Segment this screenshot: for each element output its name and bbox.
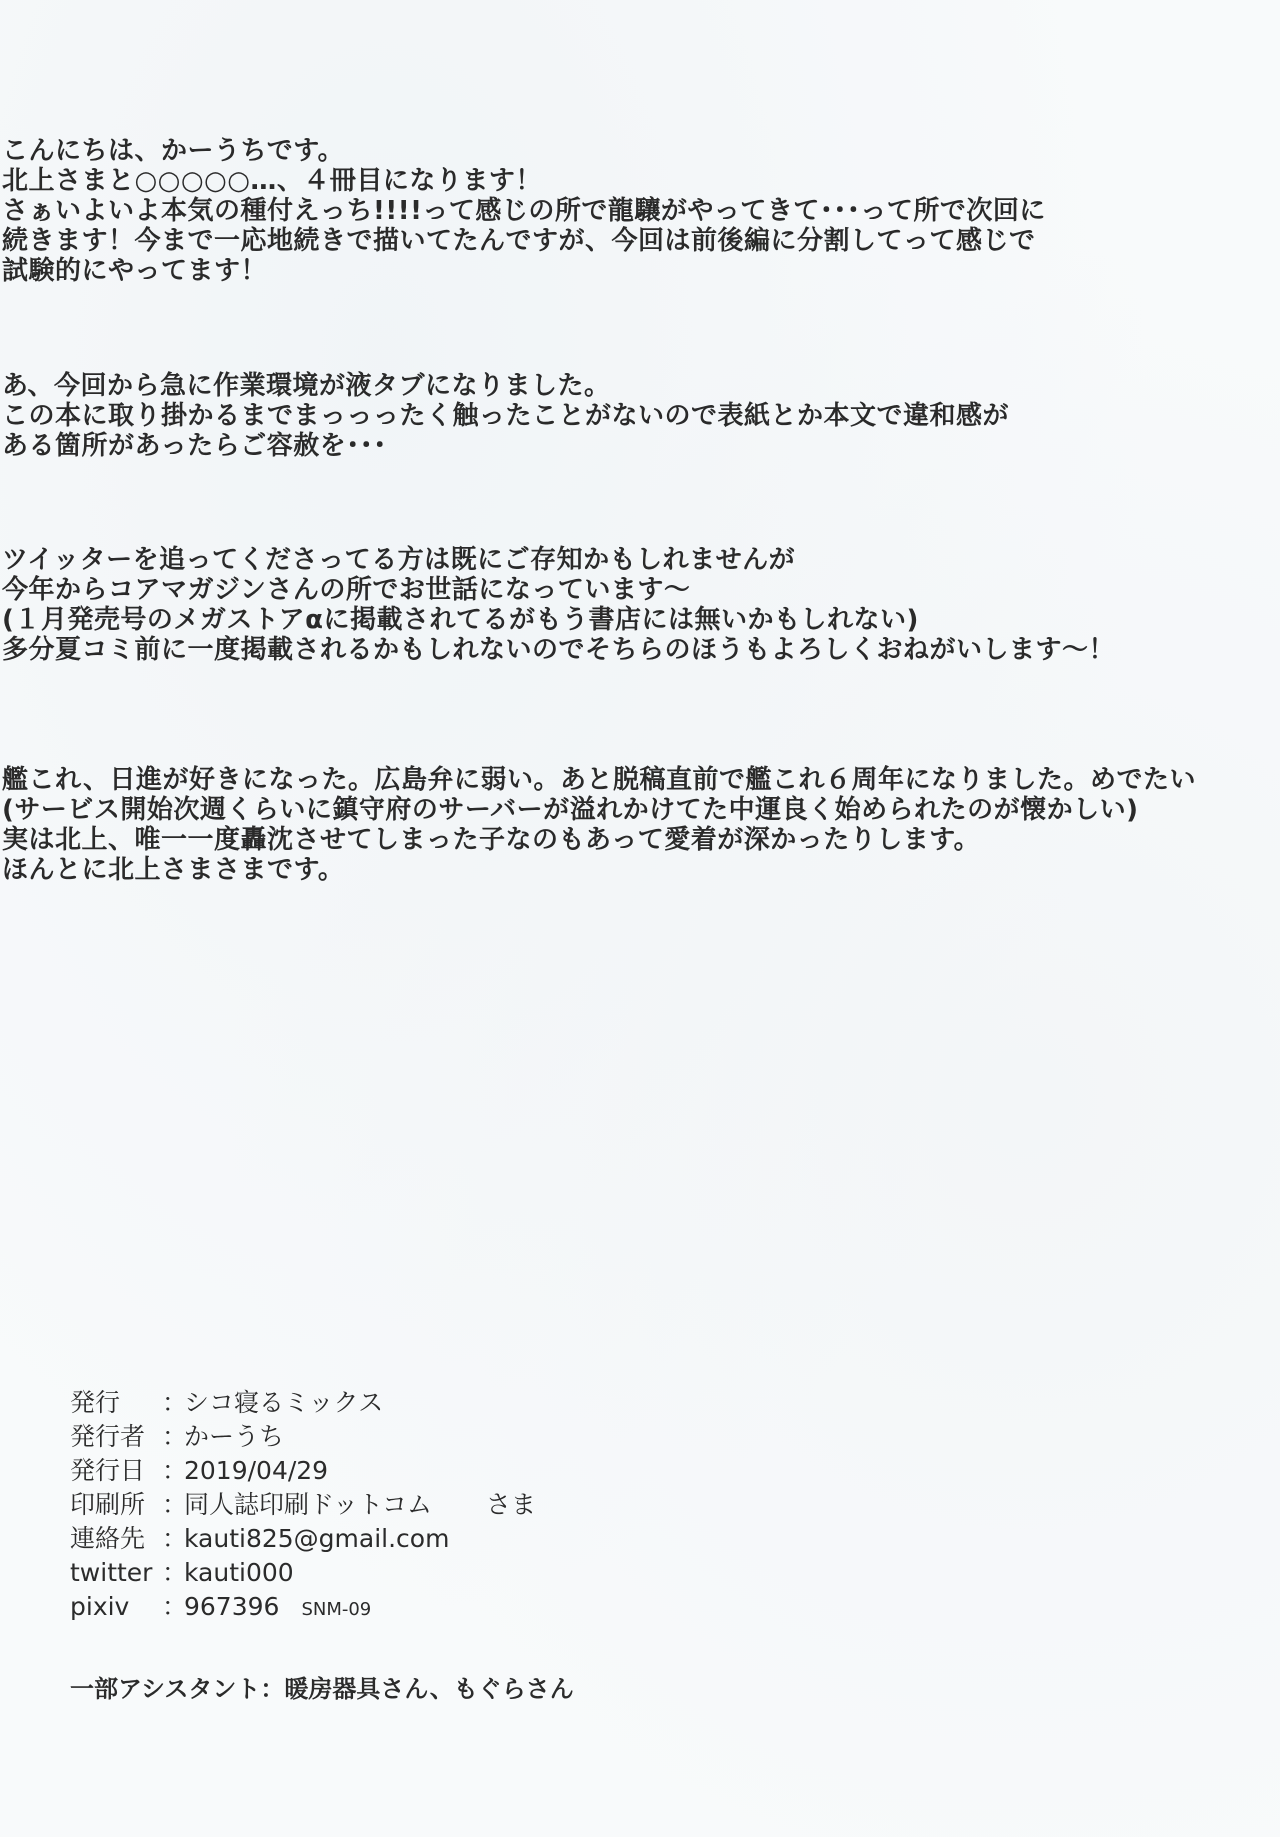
colophon-separator: ：: [162, 1454, 184, 1488]
text-line: ある箇所があったらご容赦を･･･: [2, 431, 1009, 461]
text-line: ほんとに北上さまさまです。: [2, 855, 1196, 885]
colophon-row-twitter: twitter ： kauti000: [70, 1556, 536, 1590]
text-line: 今年からコアマガジンさんの所でお世話になっています～: [2, 575, 1115, 605]
colophon-key: 発行者: [70, 1420, 162, 1454]
colophon-honorific: さま: [486, 1488, 536, 1522]
text-line: 続きます！今まで一応地続きで描いてたんですが、今回は前後編に分割してって感じで: [2, 226, 1046, 256]
colophon-value: 同人誌印刷ドットコム: [184, 1488, 432, 1522]
colophon-separator: ：: [162, 1556, 184, 1590]
text-line: 実は北上、唯一一度轟沈させてしまった子なのもあって愛着が深かったりします。: [2, 825, 1196, 855]
colophon-separator: ：: [162, 1488, 184, 1522]
afterword-paragraph-greeting: こんにちは、かーうちです。 北上さまと○○○○○…、４冊目になります！ さぁいよ…: [2, 136, 1046, 286]
text-line: この本に取り掛かるまでまっっったく触ったことがないので表紙とか本文で違和感が: [2, 401, 1009, 431]
assistants-credit: 一部アシスタント：暖房器具さん、もぐらさん: [70, 1674, 574, 1704]
colophon-key: pixiv: [70, 1590, 162, 1624]
pixiv-id: 967396: [184, 1590, 279, 1624]
colophon-separator: ：: [162, 1386, 184, 1420]
colophon-separator: ：: [162, 1590, 184, 1624]
afterword-paragraph-announcement: ツイッターを追ってくださってる方は既にご存知かもしれませんが 今年からコアマガジ…: [2, 545, 1115, 665]
colophon-row-pixiv: pixiv ： 967396 SNM-09: [70, 1590, 536, 1624]
colophon-row-date: 発行日 ： 2019/04/29: [70, 1454, 536, 1488]
text-line: (１月発売号のメガストアαに掲載されてるがもう書店には無いかもしれない): [2, 605, 1115, 635]
text-line: ツイッターを追ってくださってる方は既にご存知かもしれませんが: [2, 545, 1115, 575]
text-line: こんにちは、かーうちです。: [2, 136, 1046, 166]
text-line: 多分夏コミ前に一度掲載されるかもしれないのでそちらのほうもよろしくおねがいします…: [2, 635, 1115, 665]
colophon-key: 発行: [70, 1386, 162, 1420]
colophon-key: 連絡先: [70, 1522, 162, 1556]
colophon-separator: ：: [162, 1420, 184, 1454]
colophon-key: twitter: [70, 1556, 162, 1590]
text-line: 北上さまと○○○○○…、４冊目になります！: [2, 166, 1046, 196]
colophon-separator: ：: [162, 1522, 184, 1556]
colophon: 発行 ： シコ寝るミックス 発行者 ： かーうち 発行日 ： 2019/04/2…: [70, 1386, 536, 1624]
catalog-code: SNM-09: [301, 1593, 371, 1627]
colophon-value: かーうち: [184, 1420, 284, 1454]
text-line: 艦これ、日進が好きになった。広島弁に弱い。あと脱稿直前で艦これ６周年になりました…: [2, 765, 1196, 795]
colophon-row-contact: 連絡先 ： kauti825@gmail.com: [70, 1522, 536, 1556]
contact-email: kauti825@gmail.com: [184, 1522, 449, 1556]
colophon-value: 2019/04/29: [184, 1454, 328, 1488]
colophon-value: シコ寝るミックス: [184, 1386, 383, 1420]
afterword-paragraph-work-environment: あ、今回から急に作業環境が液タブになりました。 この本に取り掛かるまでまっっった…: [2, 371, 1009, 461]
twitter-handle: kauti000: [184, 1556, 294, 1590]
text-line: 試験的にやってます！: [2, 256, 1046, 286]
colophon-key: 印刷所: [70, 1488, 162, 1522]
colophon-row-publisher: 発行 ： シコ寝るミックス: [70, 1386, 536, 1420]
text-line: あ、今回から急に作業環境が液タブになりました。: [2, 371, 1009, 401]
scanned-page: こんにちは、かーうちです。 北上さまと○○○○○…、４冊目になります！ さぁいよ…: [0, 0, 1280, 1837]
colophon-row-author: 発行者 ： かーうち: [70, 1420, 536, 1454]
text-line: (サービス開始次週くらいに鎮守府のサーバーが溢れかけてた中運良く始められたのが懐…: [2, 795, 1196, 825]
text-line: さぁいよいよ本気の種付えっち!!!!って感じの所で龍驤がやってきて･･･って所で…: [2, 196, 1046, 226]
colophon-key: 発行日: [70, 1454, 162, 1488]
colophon-row-printer: 印刷所 ： 同人誌印刷ドットコム さま: [70, 1488, 536, 1522]
afterword-paragraph-kancolle: 艦これ、日進が好きになった。広島弁に弱い。あと脱稿直前で艦これ６周年になりました…: [2, 765, 1196, 885]
